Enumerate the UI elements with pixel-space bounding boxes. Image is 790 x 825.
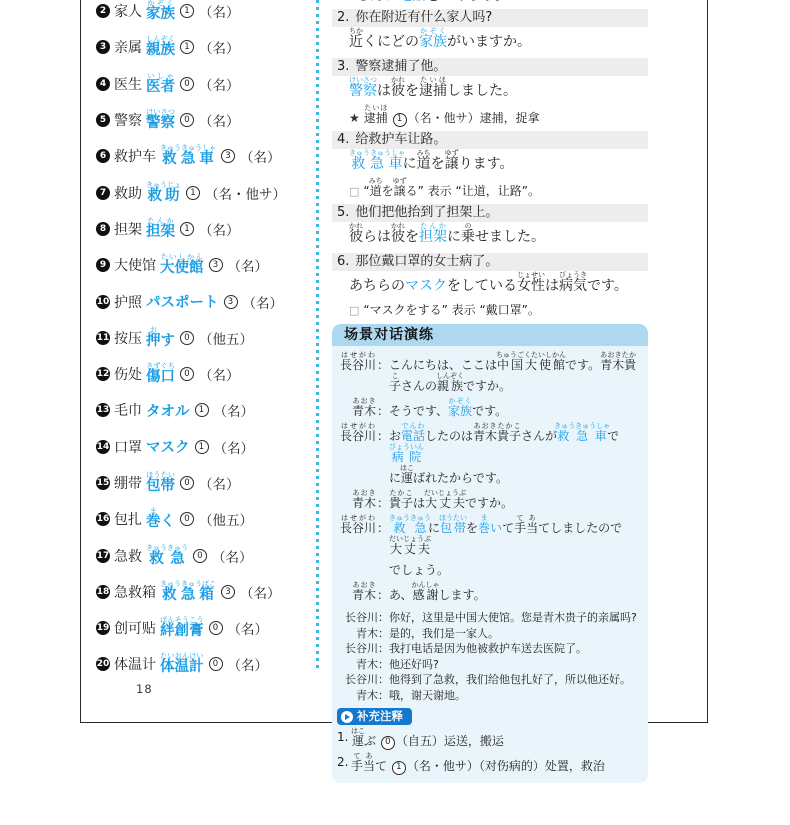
item-number-badge: 15	[96, 476, 110, 490]
japanese-word: 親族しんぞく	[146, 35, 175, 59]
item-number-badge: 3	[96, 40, 110, 54]
vocab-row: 15绷带包帯ほうたい0（名）	[96, 465, 320, 501]
accent-number: 1	[180, 4, 194, 18]
vocab-row: 4医生医者いしゃ0（名）	[96, 66, 320, 102]
example-japanese: 近ちかくにどの家族かぞくがいますか。	[349, 27, 648, 55]
japanese-word: 救急箱きゅうきゅうばこ	[160, 580, 216, 604]
vocab-list: 2家人家族かぞく1（名）3亲属親族しんぞく1（名）4医生医者いしゃ0（名）5警察…	[96, 0, 320, 683]
chinese-word: 警察	[114, 110, 142, 130]
japanese-word: 警察けいさつ	[146, 108, 175, 132]
example-note: □“マスクをする” 表示 “戴口罩”。	[349, 299, 648, 320]
vocab-row: 17急救救急きゅうきゅう0（名）	[96, 537, 320, 573]
item-number-badge: 8	[96, 222, 110, 236]
accent-number: 3	[224, 295, 238, 309]
accent-number: 0	[180, 367, 194, 381]
part-of-speech: （名）	[212, 546, 253, 566]
dialogue-line-chinese: 青木：是的，我们是一家人。	[337, 626, 644, 642]
example-japanese: 救急車きゅうきゅうしゃに道みちを譲ゆずります。	[349, 149, 648, 177]
example-japanese: 彼かれらは彼かれを担架たんかに乗のせました。	[349, 222, 648, 250]
square-marker: □	[349, 304, 359, 317]
vocab-row: 19创可贴絆創膏ばんそうこう0（名）	[96, 610, 320, 646]
square-marker: □	[349, 185, 359, 198]
dialogue-line-chinese: 长谷川：我打电话是因为他被救护车送去医院了。	[337, 641, 644, 657]
chinese-word: 担架	[114, 219, 142, 239]
dialogue-text: 他还好吗?	[389, 657, 644, 673]
dialogue-line-japanese: 長谷川はせがわ：こんにちは、ここは中国大使館ちゅうごくたいしかんです。青木貴あお…	[337, 351, 644, 397]
page-number: 18	[136, 682, 153, 696]
chinese-word: 口罩	[114, 437, 142, 457]
speaker-name: 長谷川はせがわ：	[337, 422, 389, 489]
example-item: 6.那位戴口罩的女士病了。あちらのマスクをしている女性じょせいは病気びょうきです…	[332, 253, 648, 320]
speaker-name: 長谷川はせがわ：	[337, 514, 389, 581]
dialogue-line-japanese: 青木あおき：貴子たかこは大丈夫だいじょうぶですか。	[337, 489, 644, 514]
dialogue-line-chinese: 长谷川：你好，这里是中国大使馆。您是青木贵子的亲属吗?	[337, 610, 644, 626]
content-column: さんに電話をかけます。 2.你在附近有什么家人吗?近ちかくにどの家族かぞくがいま…	[332, 0, 648, 783]
example-chinese-bar: 2.你在附近有什么家人吗?	[332, 9, 648, 27]
example-number: 6.	[337, 254, 349, 269]
part-of-speech: （名）	[199, 364, 240, 384]
part-of-speech: （名）	[214, 400, 255, 420]
part-of-speech: （名）	[228, 618, 269, 638]
chinese-word: 医生	[114, 74, 142, 94]
item-number-badge: 16	[96, 512, 110, 526]
example-item: 3.警察逮捕了他。警察けいさつは彼かれを逮捕たいほしました。★逮捕たいほ 1（名…	[332, 58, 648, 128]
part-of-speech: （名）	[199, 219, 240, 239]
example-chinese-text: 他们把他抬到了担架上。	[355, 205, 498, 220]
dialogue-text: 救急きゅうきゅうに包帯ほうたいを巻まいて手当てあてしましたので大丈夫だいじょうぶ…	[389, 514, 644, 581]
japanese-word: 絆創膏ばんそうこう	[160, 616, 204, 640]
vocab-row: 10护照パスポート3（名）	[96, 283, 320, 319]
japanese-word: 押おす	[146, 326, 175, 350]
item-number-badge: 10	[96, 295, 110, 309]
chinese-word: 创可贴	[114, 618, 156, 638]
item-number-badge: 19	[96, 621, 110, 635]
accent-number: 0	[180, 113, 194, 127]
example-chinese-bar: 6.那位戴口罩的女士病了。	[332, 253, 648, 271]
accent-number: 3	[221, 585, 235, 599]
part-of-speech: （名・他サ）	[205, 183, 286, 203]
accent-number: 3	[221, 149, 235, 163]
accent-number: 0	[180, 331, 194, 345]
notes-badge: 补充注释	[337, 708, 412, 725]
dialogue-chinese: 长谷川：你好，这里是中国大使馆。您是青木贵子的亲属吗?青木：是的，我们是一家人。…	[337, 610, 644, 703]
dialogue-text: お電話でんわしたのは青木貴子あおきたかこさんが救急車きゅうきゅうしゃで病院びょう…	[389, 422, 644, 489]
vocab-row: 9大使馆大使館たいしかん3（名）	[96, 247, 320, 283]
vocab-row: 14口罩マスク1（名）	[96, 429, 320, 465]
item-number-badge: 11	[96, 331, 110, 345]
vocab-row: 2家人家族かぞく1（名）	[96, 0, 320, 29]
item-number-badge: 2	[96, 4, 110, 18]
dialogue-header: 场景对话演练	[332, 324, 648, 346]
part-of-speech: （名）	[243, 292, 284, 312]
speaker-name: 長谷川はせがわ：	[337, 351, 389, 397]
accent-number: 0	[180, 476, 194, 490]
vocab-row: 3亲属親族しんぞく1（名）	[96, 29, 320, 65]
speaker-name: 青木：	[337, 626, 389, 642]
japanese-word: 大使館たいしかん	[160, 253, 204, 277]
japanese-word: 傷口きずぐち	[146, 362, 175, 386]
chinese-word: 亲属	[114, 37, 142, 57]
item-number-badge: 17	[96, 549, 110, 563]
vocab-row: 18急救箱救急箱きゅうきゅうばこ3（名）	[96, 574, 320, 610]
japanese-word: 体温計たいおんけい	[160, 652, 204, 676]
accent-number: 3	[209, 258, 223, 272]
example-item: 5.他们把他抬到了担架上。彼かれらは彼かれを担架たんかに乗のせました。	[332, 204, 648, 250]
accent-number: 1	[195, 403, 209, 417]
part-of-speech: （名）	[199, 37, 240, 57]
item-number-badge: 9	[96, 258, 110, 272]
japanese-word: 包帯ほうたい	[146, 471, 175, 495]
example-number: 3.	[337, 59, 349, 74]
vocab-row: 7救助救助きゅうじょ1（名・他サ）	[96, 174, 320, 210]
chinese-word: 护照	[114, 292, 142, 312]
part-of-speech: （名）	[240, 582, 281, 602]
vocab-row: 8担架担架たんか1（名）	[96, 211, 320, 247]
speaker-name: 青木あおき：	[337, 489, 389, 514]
item-number-badge: 13	[96, 403, 110, 417]
vocab-row: 20体温计体温計たいおんけい0（名）	[96, 646, 320, 682]
speaker-name: 长谷川：	[337, 672, 389, 688]
chinese-word: 伤处	[114, 364, 142, 384]
example-item: 2.你在附近有什么家人吗?近ちかくにどの家族かぞくがいますか。	[332, 9, 648, 55]
dialogue-text: 是的，我们是一家人。	[389, 626, 644, 642]
item-number-badge: 7	[96, 186, 110, 200]
chinese-word: 绷带	[114, 473, 142, 493]
item-number-badge: 14	[96, 440, 110, 454]
example-japanese: 警察けいさつは彼かれを逮捕たいほしました。	[349, 76, 648, 104]
example-note: ★逮捕たいほ 1（名・他サ）逮捕，捉拿	[349, 104, 648, 128]
example-chinese-bar: 5.他们把他抬到了担架上。	[332, 204, 648, 222]
note-text: 手当てあて 1（名・他サ）（对伤病的）处置，救治	[351, 752, 644, 777]
part-of-speech: （名）	[240, 146, 281, 166]
dialogue-text: 你好，这里是中国大使馆。您是青木贵子的亲属吗?	[389, 610, 644, 626]
speaker-name: 长谷川：	[337, 610, 389, 626]
item-number-badge: 20	[96, 657, 110, 671]
dialogue-text: そうです、家族かぞくです。	[389, 397, 644, 422]
japanese-word: マスク	[146, 436, 190, 457]
part-of-speech: （名）	[199, 473, 240, 493]
item-number-badge: 12	[96, 367, 110, 381]
dialogue-line-chinese: 青木：他还好吗?	[337, 657, 644, 673]
japanese-word: 担架たんか	[146, 217, 175, 241]
play-icon	[341, 711, 353, 723]
japanese-word: 家族かぞく	[146, 0, 175, 23]
accent-number: 1	[186, 186, 200, 200]
dialogue-text: こんにちは、ここは中国大使館ちゅうごくたいしかんです。青木貴あおきたか子こさんの…	[389, 351, 644, 397]
japanese-word: パスポート	[146, 291, 219, 312]
chinese-word: 救护车	[114, 146, 156, 166]
accent-number: 0	[209, 621, 223, 635]
dialogue-line-chinese: 长谷川：他得到了急救，我们给他包扎好了，所以他还好。	[337, 672, 644, 688]
item-number-badge: 18	[96, 585, 110, 599]
vocab-row: 6救护车救急車きゅうきゅうしゃ3（名）	[96, 138, 320, 174]
example-chinese-text: 你在附近有什么家人吗?	[355, 10, 492, 25]
japanese-word: タオル	[146, 400, 190, 421]
part-of-speech: （名）	[214, 437, 255, 457]
example-number: 2.	[337, 10, 349, 25]
dialogue-text: 他得到了急救，我们给他包扎好了，所以他还好。	[389, 672, 644, 688]
example-chinese-bar: 3.警察逮捕了他。	[332, 58, 648, 76]
accent-number: 1	[180, 222, 194, 236]
note-number: 1.	[337, 727, 351, 752]
part-of-speech: （名）	[199, 1, 240, 21]
vocab-row: 11按压押おす0（他五）	[96, 320, 320, 356]
chinese-word: 急救箱	[114, 582, 156, 602]
supplementary-notes: 1.運はこぶ 0（自五）运送，搬运2.手当てあて 1（名・他サ）（对伤病的）处置…	[337, 727, 644, 777]
accent-number: 1	[195, 440, 209, 454]
example-chinese-bar: 4.给救护车让路。	[332, 131, 648, 149]
example-chinese-text: 警察逮捕了他。	[355, 59, 446, 74]
vocab-row: 12伤处傷口きずぐち0（名）	[96, 356, 320, 392]
speaker-name: 青木あおき：	[337, 397, 389, 422]
part-of-speech: （名）	[199, 110, 240, 130]
chinese-word: 大使馆	[114, 255, 156, 275]
chinese-word: 按压	[114, 328, 142, 348]
accent-number: 0	[180, 77, 194, 91]
part-of-speech: （他五）	[199, 509, 253, 529]
item-number-badge: 6	[96, 149, 110, 163]
part-of-speech: （他五）	[199, 328, 253, 348]
example-item: 4.给救护车让路。救急車きゅうきゅうしゃに道みちを譲ゆずります。□“道みちを譲ゆ…	[332, 131, 648, 201]
partial-top-line: さんに電話をかけます。	[356, 0, 509, 5]
japanese-word: 救急きゅうきゅう	[146, 544, 188, 568]
speaker-name: 长谷川：	[337, 641, 389, 657]
dialogue-text: あ、感謝かんしゃします。	[389, 581, 644, 606]
dialogue-text: 哦，谢天谢地。	[389, 688, 644, 704]
japanese-word: 救急車きゅうきゅうしゃ	[160, 144, 216, 168]
part-of-speech: （名）	[228, 654, 269, 674]
chinese-word: 包扎	[114, 509, 142, 529]
dialogue-box: 场景对话演练 長谷川はせがわ：こんにちは、ここは中国大使館ちゅうごくたいしかんで…	[332, 324, 648, 783]
japanese-word: 救助きゅうじょ	[146, 181, 181, 205]
note-item: 2.手当てあて 1（名・他サ）（对伤病的）处置，救治	[337, 752, 644, 777]
vocab-row: 13毛巾タオル1（名）	[96, 392, 320, 428]
accent-number: 0	[209, 657, 223, 671]
item-number-badge: 5	[96, 113, 110, 127]
example-chinese-text: 那位戴口罩的女士病了。	[355, 254, 498, 269]
dialogue-text: 貴子たかこは大丈夫だいじょうぶですか。	[389, 489, 644, 514]
chinese-word: 家人	[114, 1, 142, 21]
japanese-word: 医者いしゃ	[146, 72, 175, 96]
dialogue-line-japanese: 長谷川はせがわ：お電話でんわしたのは青木貴子あおきたかこさんが救急車きゅうきゅう…	[337, 422, 644, 489]
vocab-row: 5警察警察けいさつ0（名）	[96, 102, 320, 138]
chinese-word: 救助	[114, 183, 142, 203]
part-of-speech: （名）	[199, 74, 240, 94]
japanese-word: 巻まく	[146, 507, 175, 531]
accent-number: 1	[180, 40, 194, 54]
chinese-word: 急救	[114, 546, 142, 566]
part-of-speech: （名）	[228, 255, 269, 275]
dialogue-japanese: 長谷川はせがわ：こんにちは、ここは中国大使館ちゅうごくたいしかんです。青木貴あお…	[337, 351, 644, 606]
chinese-word: 体温计	[114, 654, 156, 674]
example-chinese-text: 给救护车让路。	[355, 132, 446, 147]
note-item: 1.運はこぶ 0（自五）运送，搬运	[337, 727, 644, 752]
speaker-name: 青木：	[337, 688, 389, 704]
speaker-name: 青木あおき：	[337, 581, 389, 606]
example-sentences: 2.你在附近有什么家人吗?近ちかくにどの家族かぞくがいますか。3.警察逮捕了他。…	[332, 0, 648, 320]
dialogue-line-japanese: 長谷川はせがわ：救急きゅうきゅうに包帯ほうたいを巻まいて手当てあてしましたので大…	[337, 514, 644, 581]
example-number: 5.	[337, 205, 349, 220]
accent-number: 0	[193, 549, 207, 563]
example-japanese: あちらのマスクをしている女性じょせいは病気びょうきです。	[349, 271, 648, 299]
accent-number: 0	[180, 512, 194, 526]
star-marker: ★	[349, 111, 360, 125]
notes-badge-label: 补充注释	[357, 710, 403, 723]
dialogue-line-chinese: 青木：哦，谢天谢地。	[337, 688, 644, 704]
chinese-word: 毛巾	[114, 400, 142, 420]
note-text: 運はこぶ 0（自五）运送，搬运	[351, 727, 644, 752]
item-number-badge: 4	[96, 77, 110, 91]
dialogue-line-japanese: 青木あおき：あ、感謝かんしゃします。	[337, 581, 644, 606]
dialogue-text: 我打电话是因为他被救护车送去医院了。	[389, 641, 644, 657]
speaker-name: 青木：	[337, 657, 389, 673]
dialogue-line-japanese: 青木あおき：そうです、家族かぞくです。	[337, 397, 644, 422]
example-number: 4.	[337, 132, 349, 147]
vocab-row: 16包扎巻まく0（他五）	[96, 501, 320, 537]
note-number: 2.	[337, 752, 351, 777]
example-note: □“道みちを譲ゆずる” 表示 “让道，让路”。	[349, 177, 648, 201]
